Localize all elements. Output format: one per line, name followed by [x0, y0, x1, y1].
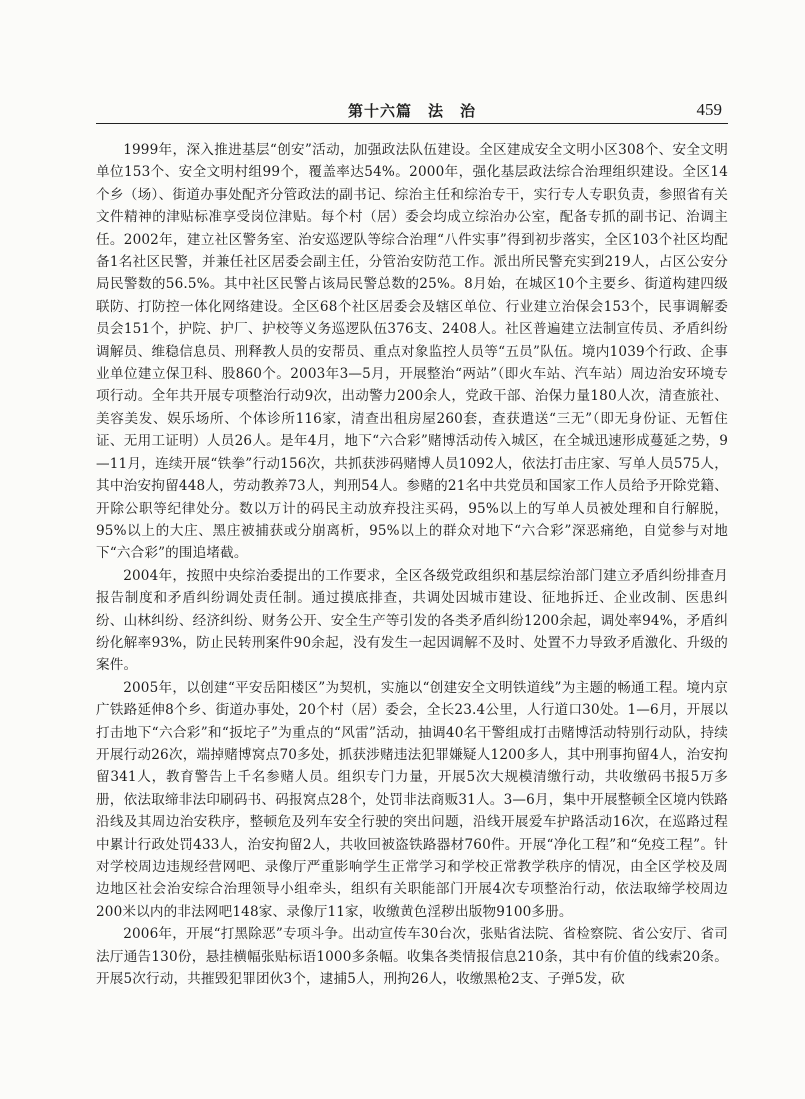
header-divider	[96, 123, 728, 124]
body-text: 1999年，深入推进基层“创安”活动，加强政法队伍建设。全区建成安全文明小区30…	[96, 139, 728, 990]
running-header: 第十六篇 法 治 459	[96, 100, 728, 122]
page-number: 459	[697, 100, 723, 120]
paragraph-1999-2003: 1999年，深入推进基层“创安”活动，加强政法队伍建设。全区建成安全文明小区30…	[96, 139, 728, 565]
paragraph-2004: 2004年，按照中央综治委提出的工作要求，全区各级党政组织和基层综治部门建立矛盾…	[96, 565, 728, 677]
paragraph-2005: 2005年，以创建“平安岳阳楼区”为契机，实施以“创建安全文明铁道线”为主题的畅…	[96, 677, 728, 923]
section-title: 第十六篇 法 治	[96, 100, 728, 121]
paragraph-2006: 2006年，开展“打黑除恶”专项斗争。出动宣传车30台次，张贴省法院、省检察院、…	[96, 923, 728, 990]
